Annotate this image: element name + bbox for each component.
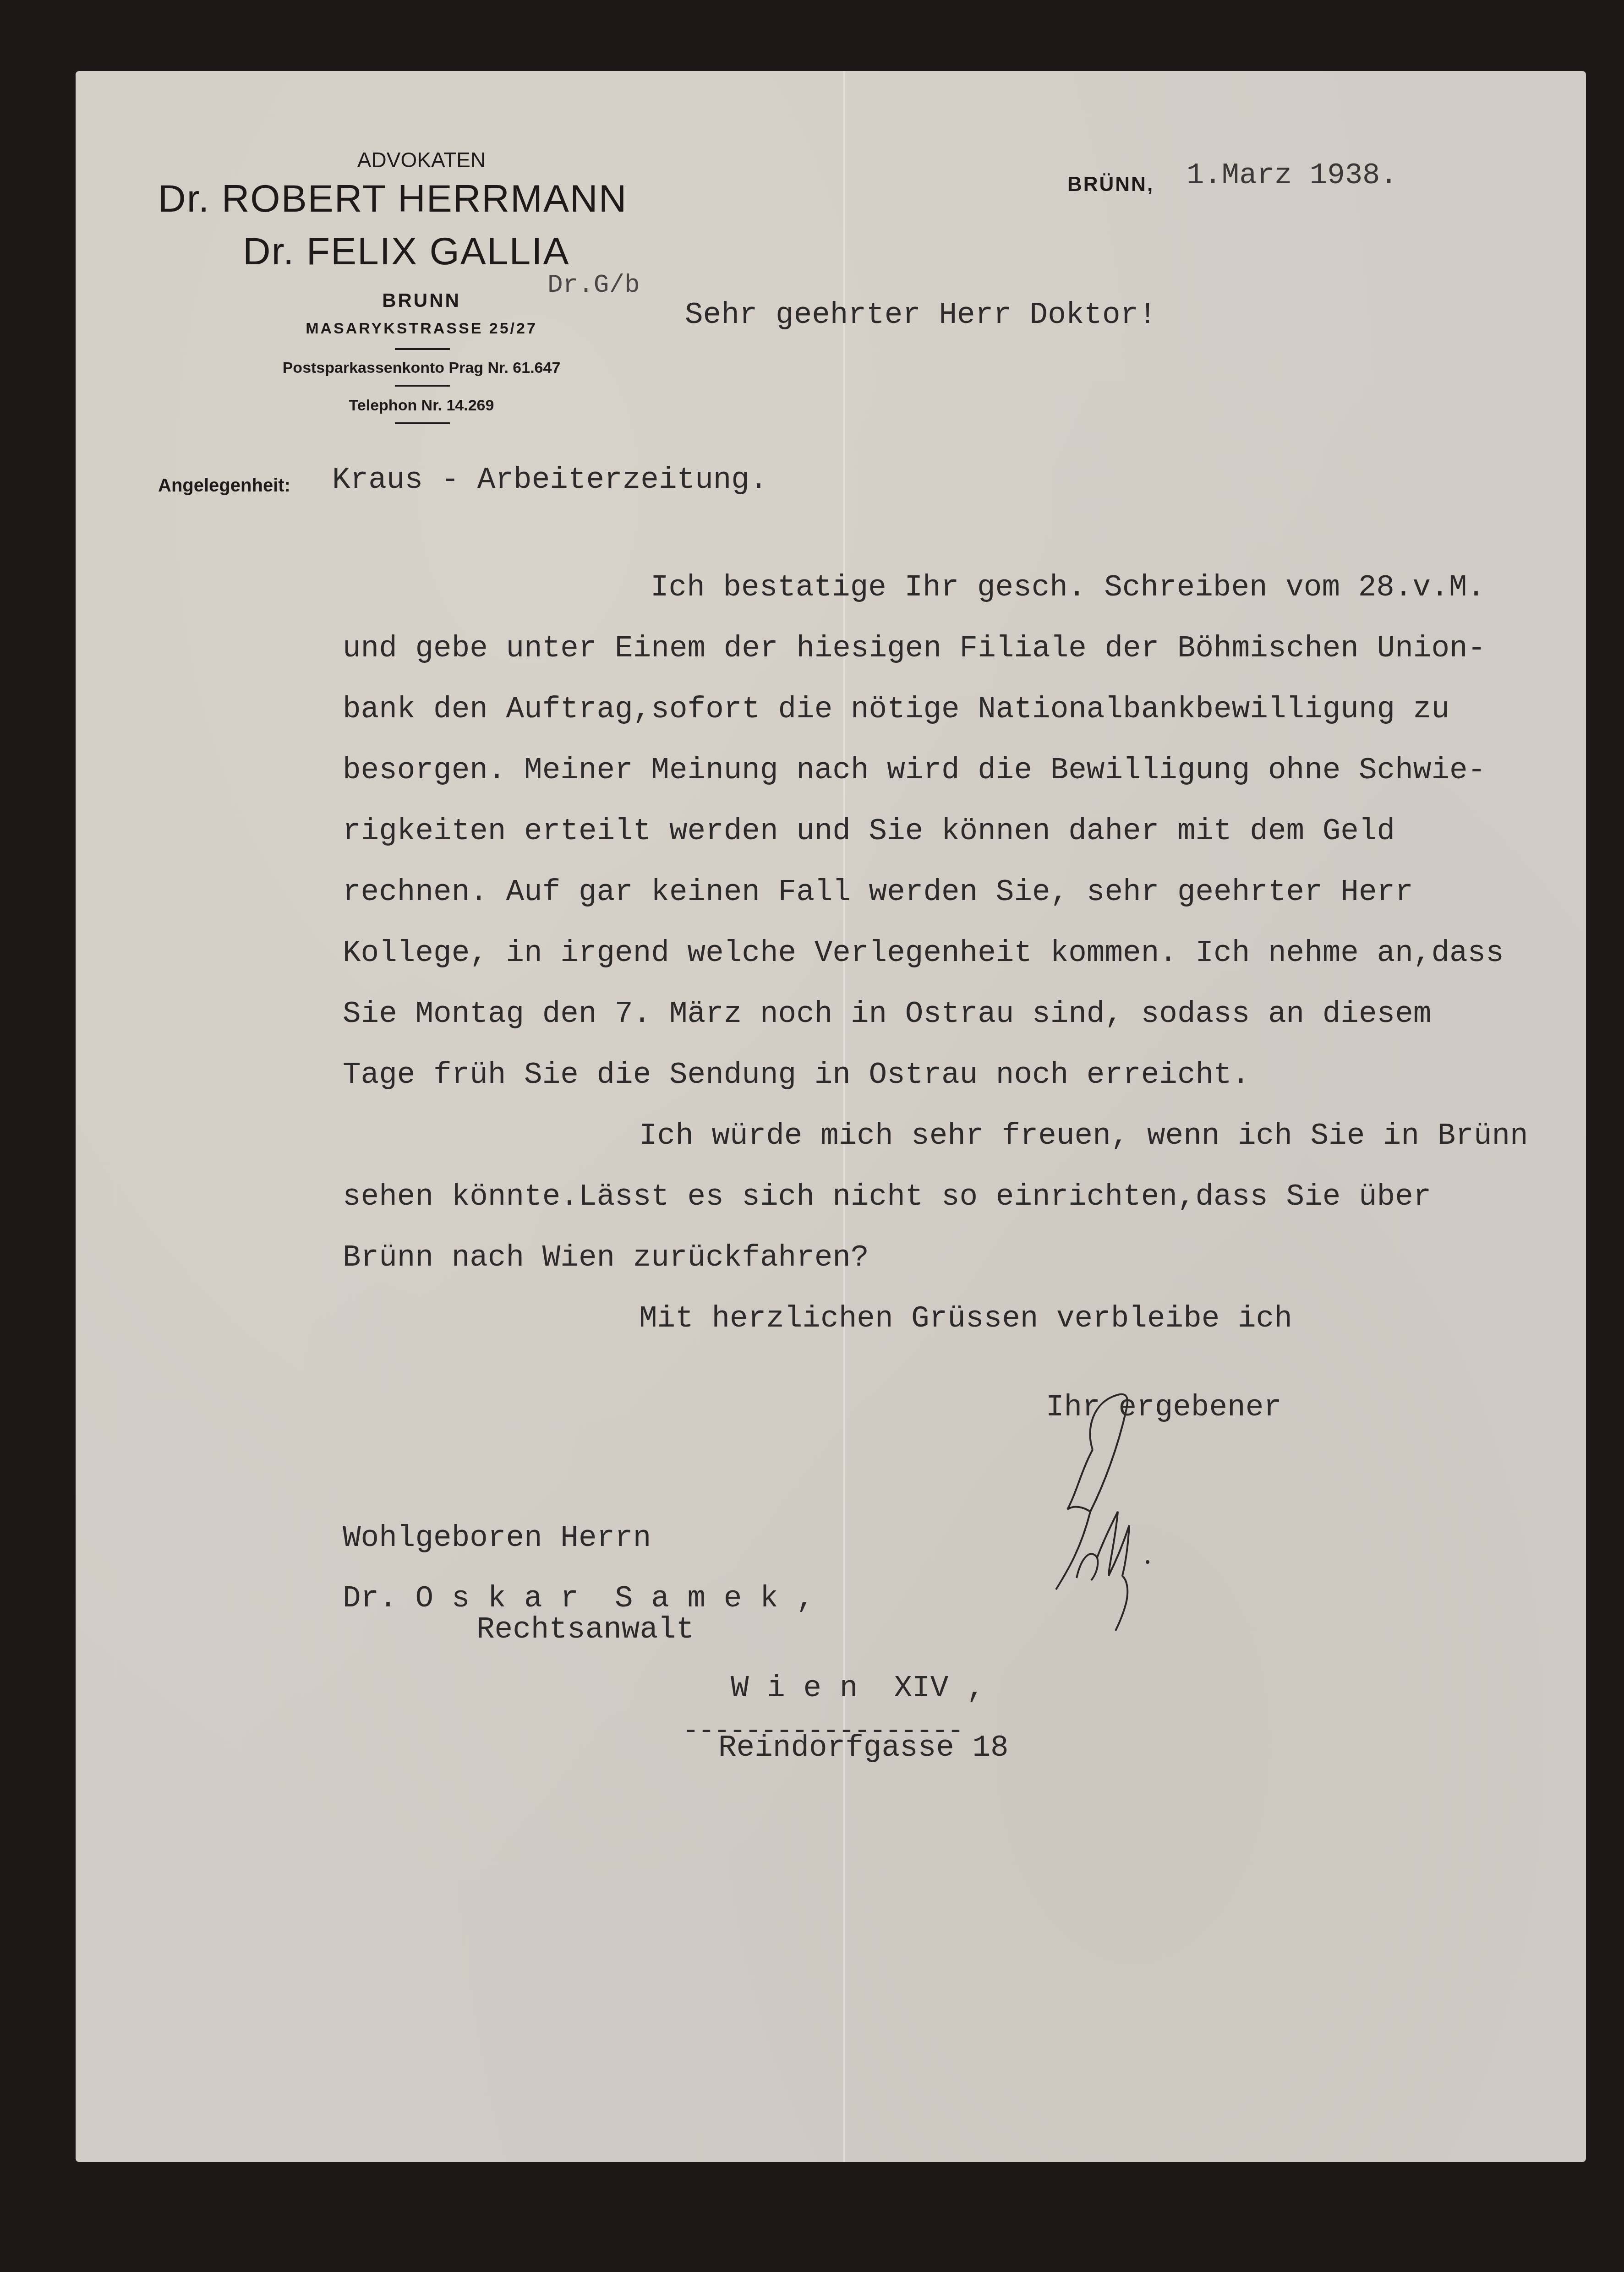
letterhead-telephone: Telephon Nr. 14.269 [147, 397, 696, 415]
body-line: sehen könnte.Lässt es sich nicht so einr… [343, 1180, 1431, 1214]
body-line: Brünn nach Wien zurückfahren? [343, 1240, 869, 1275]
subject-label: Angelegenheit: [158, 475, 290, 496]
recipient-street: Reindorfgasse 18 [718, 1731, 1009, 1765]
letter-paper [76, 71, 1586, 2162]
recipient-salutation: Wohlgeboren Herrn [343, 1521, 651, 1555]
subject-value: Kraus - Arbeiterzeitung. [332, 463, 768, 497]
body-line: Ich würde mich sehr freuen, wenn ich Sie… [639, 1119, 1528, 1153]
letterhead-partner-2: Dr. FELIX GALLIA [243, 229, 570, 273]
letterhead-divider [395, 348, 450, 350]
letterhead-divider [395, 385, 450, 387]
body-line: und gebe unter Einem der hiesigen Filial… [343, 631, 1486, 666]
body-line: Kollege, in irgend welche Verlegenheit k… [343, 936, 1504, 970]
letterhead-profession: ADVOKATEN [147, 147, 696, 172]
body-line: bank den Auftrag,sofort die nötige Natio… [343, 692, 1449, 726]
body-line: Ich bestatige Ihr gesch. Schreiben vom 2… [651, 570, 1485, 605]
recipient-title: Rechtsanwalt [476, 1612, 694, 1647]
letterhead-street: MASARYKSTRASSE 25/27 [147, 320, 696, 338]
salutation: Sehr geehrter Herr Doktor! [685, 298, 1157, 332]
letterhead-postal-account: Postsparkassenkonto Prag Nr. 61.647 [147, 359, 696, 377]
reference-mark: Dr.G/b [547, 270, 640, 300]
body-line: rechnen. Auf gar keinen Fall werden Sie,… [343, 875, 1413, 909]
recipient-name: Dr. O s k a r S a m e k , [343, 1581, 815, 1616]
paper-fold-crease [843, 71, 845, 2162]
recipient-city: W i e n XIV , [731, 1671, 985, 1705]
body-line: Tage früh Sie die Sendung in Ostrau noch… [343, 1058, 1250, 1092]
body-line: Sie Montag den 7. März noch in Ostrau si… [343, 997, 1431, 1031]
handwritten-signature [1049, 1374, 1241, 1631]
dateline-city: BRÜNN, [1067, 173, 1154, 196]
body-line: rigkeiten erteilt werden und Sie können … [343, 814, 1395, 848]
dateline-date: 1.Marz 1938. [1187, 159, 1398, 192]
letterhead-divider [395, 422, 450, 424]
body-line: besorgen. Meiner Meinung nach wird die B… [343, 753, 1486, 787]
letterhead-partner-1: Dr. ROBERT HERRMANN [158, 176, 627, 221]
body-line: Mit herzlichen Grüssen verbleibe ich [639, 1301, 1292, 1336]
